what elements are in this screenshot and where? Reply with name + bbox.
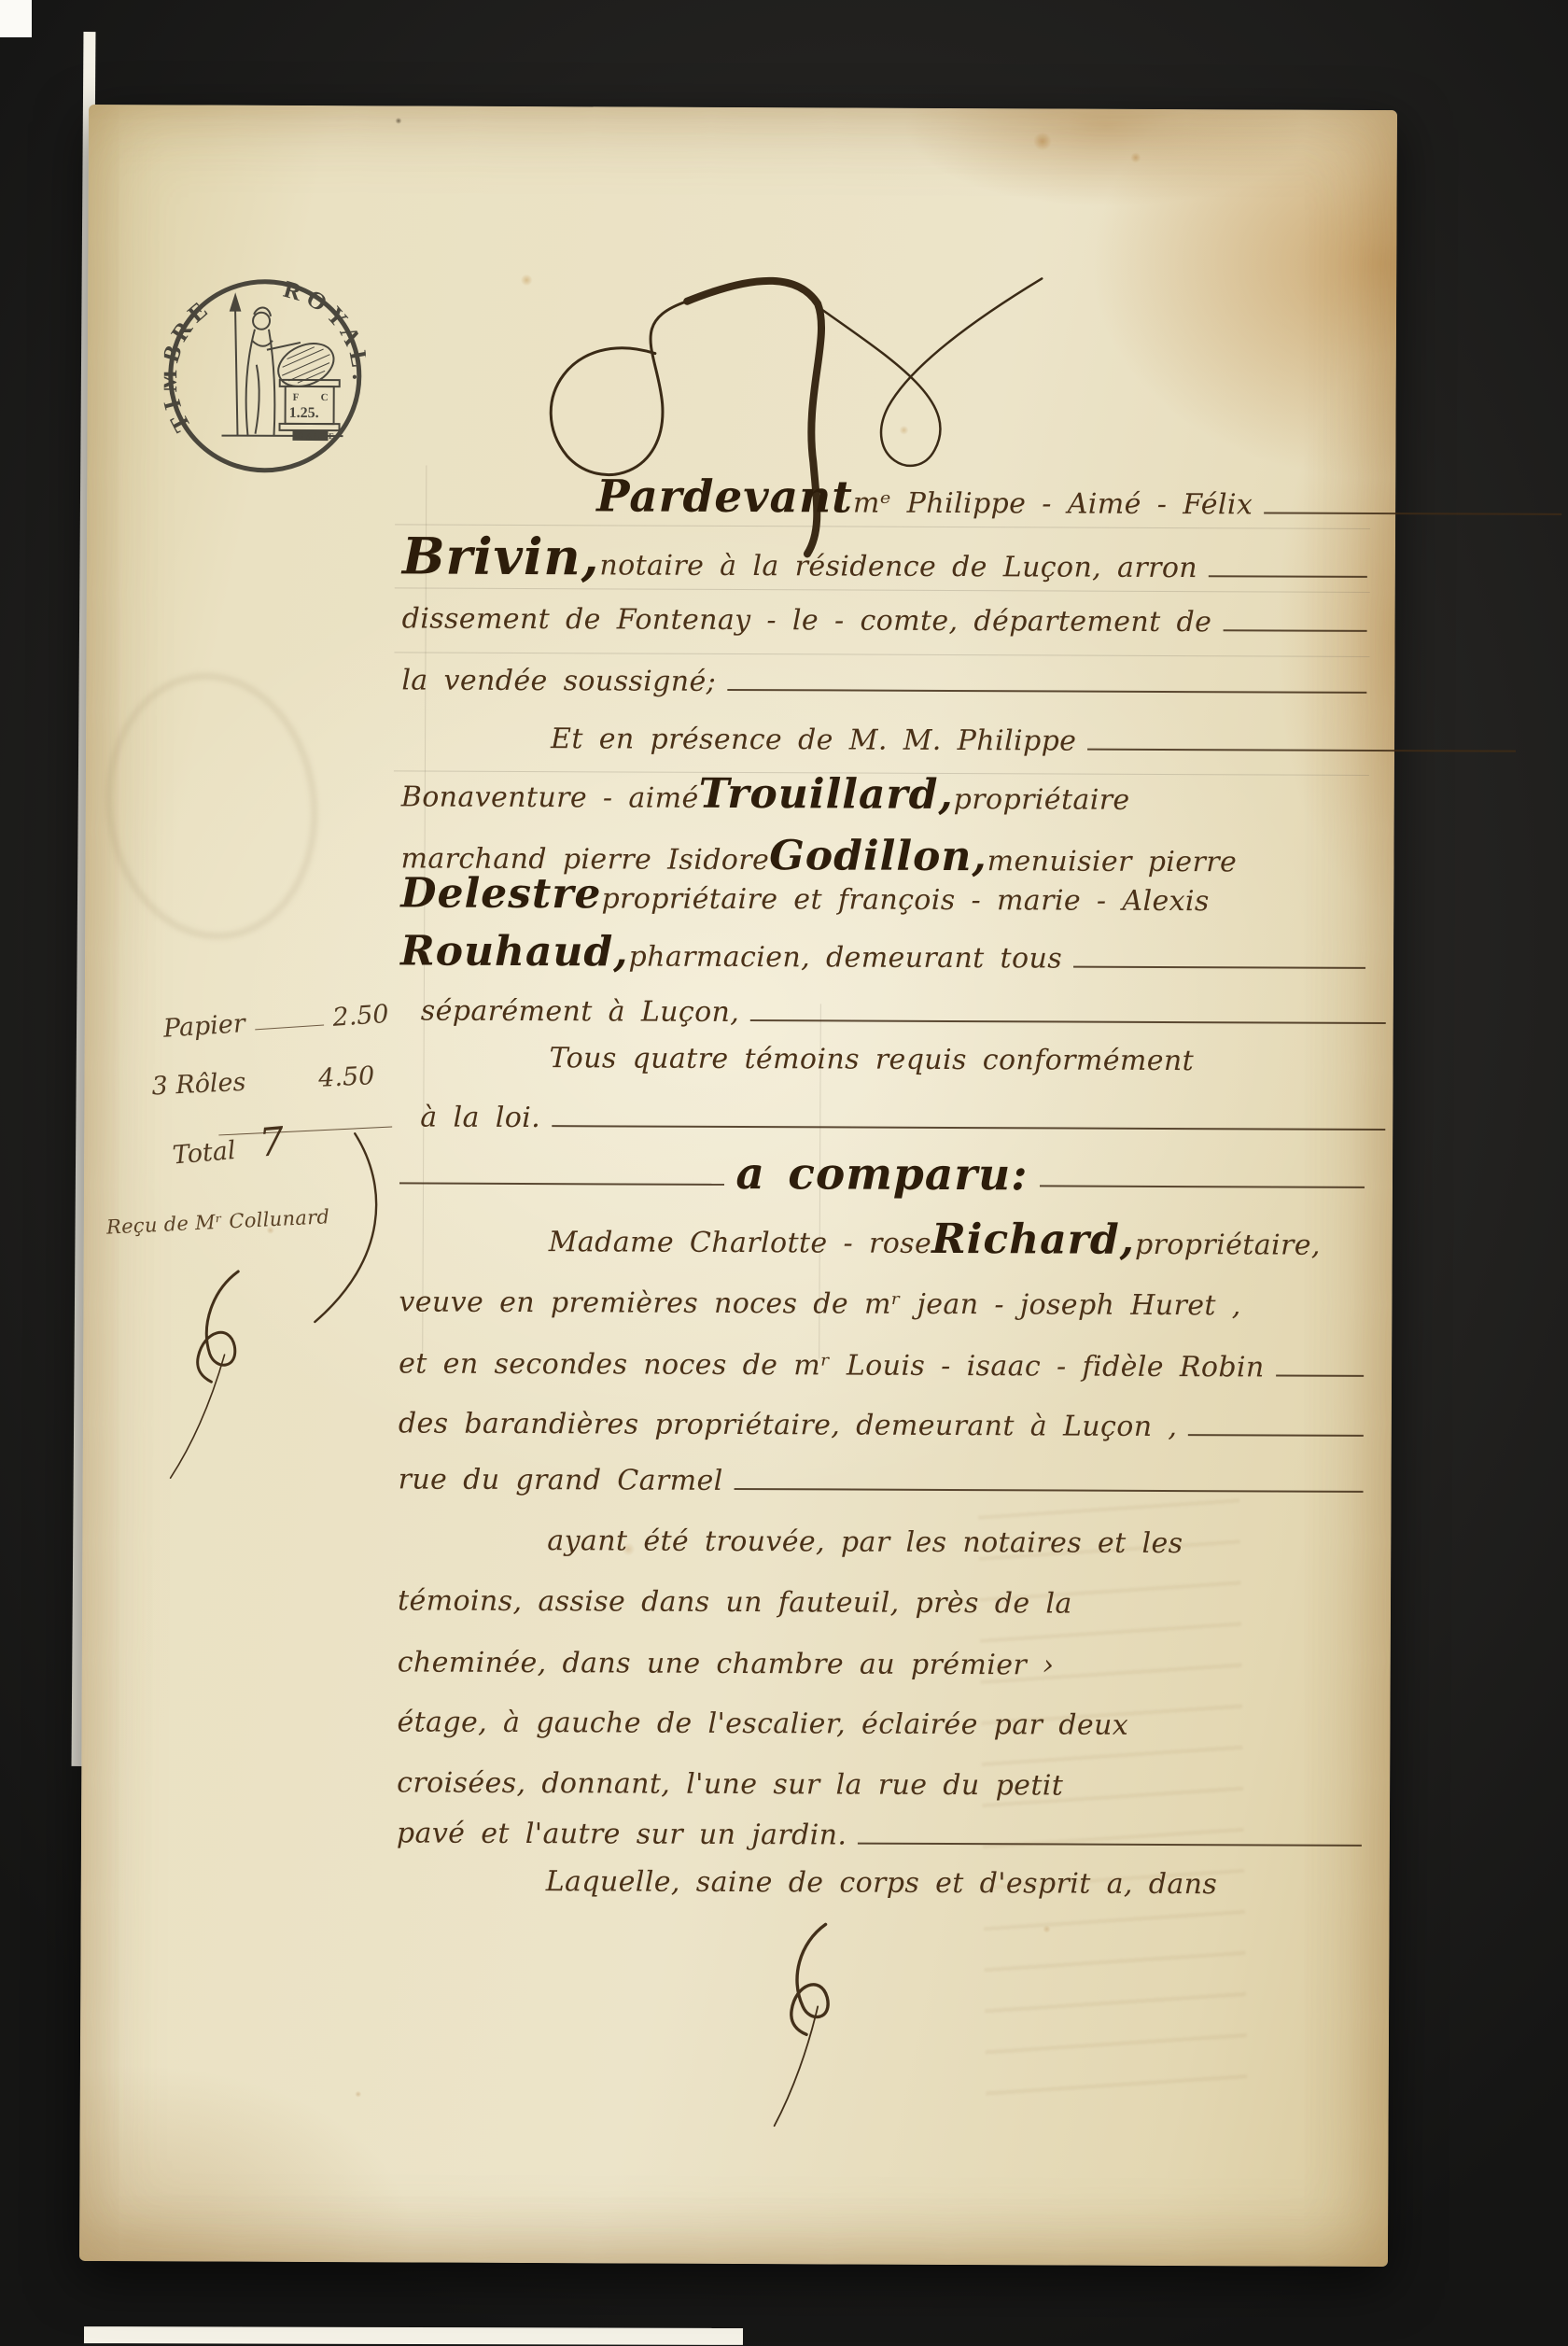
manuscript-line: rue du grand Carmel	[399, 1463, 1367, 1501]
line-text: Madame Charlotte - rose	[549, 1226, 932, 1261]
manuscript-line: Et en présence de M. M. Philippe	[401, 722, 1519, 760]
line-text: croisées, donnant, l'une sur la rue du p…	[397, 1766, 1063, 1803]
line-filler-rule	[1264, 512, 1561, 514]
manuscript-line: la vendée soussigné;	[401, 664, 1370, 702]
line-text: menuisier pierre	[987, 845, 1238, 879]
manuscript-line: ayant été trouvée, par les notaires et l…	[398, 1524, 1516, 1562]
manuscript-line: Bonaventure - aimé Trouillard, propriéta…	[401, 774, 1370, 819]
manuscript-line: Tous quatre témoins requis conformément	[400, 1041, 1519, 1079]
name-trouillard: Trouillard,	[699, 776, 954, 814]
pencil-guide-line	[395, 587, 1370, 593]
line-filler-rule	[1040, 1186, 1365, 1189]
name-brivin: Brivin,	[402, 533, 600, 580]
fee-dash	[256, 1085, 310, 1089]
fee-line-roles: 3 Rôles 4.50	[151, 1061, 375, 1101]
stamp-text-left: TIMBRE	[163, 293, 217, 437]
manuscript-line: Laquelle, saine de corps et d'esprit a, …	[397, 1864, 1515, 1903]
line-filler-rule	[1073, 966, 1365, 969]
line-text: cheminée, dans une chambre au prémier ›	[398, 1646, 1055, 1682]
line-text: pavé et l'autre sur un jardin.	[397, 1817, 847, 1852]
embossed-stamp-ghost	[91, 661, 332, 951]
stamp-text-right: ROYAL.	[280, 275, 366, 386]
manuscript-line: étage, à gauche de l'escalier, éclairée …	[397, 1706, 1365, 1744]
line-text: pharmacien, demeurant tous	[628, 940, 1062, 976]
manuscript-line: cheminée, dans une chambre au prémier ›	[398, 1646, 1366, 1684]
fee-line-total: Total 7	[170, 1118, 286, 1173]
line-text: Tous quatre témoins requis conformément	[550, 1042, 1195, 1078]
fee-label: Total	[172, 1136, 237, 1171]
line-text: Et en présence de M. M. Philippe	[551, 723, 1076, 758]
fee-label: Papier	[162, 1009, 246, 1044]
fee-total-amount: 7	[233, 1118, 287, 1168]
manuscript-line: des barandières propriétaire, demeurant …	[399, 1407, 1367, 1445]
heading-text: a comparu:	[735, 1155, 1028, 1196]
name-delestre: Delestre	[400, 875, 601, 913]
line-filler-rule	[1087, 749, 1516, 752]
manuscript-line: témoins, assise dans un fauteuil, près d…	[398, 1584, 1366, 1623]
line-text: propriétaire	[954, 783, 1130, 818]
line-filler-rule	[552, 1125, 1385, 1131]
line-text: mᵉ Philippe - Aimé - Félix	[853, 487, 1253, 523]
manuscript-line: à la loi.	[399, 1101, 1389, 1139]
manuscript-line: pavé et l'autre sur un jardin.	[397, 1817, 1365, 1855]
fee-amount: 2.50	[331, 1000, 389, 1033]
line-text: séparément à Luçon,	[421, 995, 740, 1030]
line-filler-rule	[1276, 1375, 1364, 1377]
line-text: Laquelle, saine de corps et d'esprit a, …	[546, 1865, 1218, 1902]
stamp-currency-f: F	[293, 392, 300, 403]
word-pardevant: Pardevant	[596, 477, 853, 517]
line-text: et en secondes noces de mʳ Louis - isaac…	[399, 1347, 1265, 1384]
stamp-currency-c: C	[321, 392, 329, 403]
manuscript-line: Brivin, notaire à la résidence de Luçon,…	[402, 533, 1371, 586]
margin-fee-notes: Papier 2.50 3 Rôles 4.50 Total 7	[128, 1006, 427, 1007]
stamp-pedestal: F C 1.25. GALLE	[279, 380, 339, 441]
line-filler-rule	[1223, 629, 1366, 632]
heading-a-comparu: a comparu:	[399, 1153, 1368, 1197]
stamp-engraver: GALLE	[297, 431, 336, 441]
line-filler-rule	[399, 1183, 724, 1187]
name-godillon: Godillon,	[769, 837, 987, 876]
manuscript-line: Pardevant mᵉ Philippe - Aimé - Félix	[402, 476, 1565, 523]
line-text: la vendée soussigné;	[401, 664, 716, 698]
manuscript-line: Rouhaud, pharmacien, demeurant tous	[400, 933, 1369, 977]
photographed-notarial-document: { "stamp": { "arc_left": "TIMBRE", "arc_…	[0, 0, 1568, 2346]
fee-dash	[255, 1024, 324, 1030]
line-filler-rule	[735, 1488, 1364, 1493]
line-filler-rule	[727, 689, 1366, 694]
line-text: témoins, assise dans un fauteuil, près d…	[398, 1584, 1072, 1621]
margin-paraph	[157, 1257, 275, 1488]
timbre-royal-stamp: TIMBRE ROYAL.	[163, 274, 366, 477]
fee-line-papier: Papier 2.50	[162, 1000, 389, 1044]
line-text: propriétaire et françois - marie - Alexi…	[601, 882, 1209, 919]
line-filler-rule	[858, 1843, 1362, 1847]
manuscript-line: veuve en premières noces de mʳ jean - jo…	[399, 1285, 1367, 1324]
manuscript-line: et en secondes noces de mʳ Louis - isaac…	[399, 1347, 1367, 1385]
line-text: étage, à gauche de l'escalier, éclairée …	[397, 1706, 1128, 1742]
line-text: à la loi.	[420, 1102, 540, 1136]
manuscript-line: dissement de Fontenay - le - comte, dépa…	[402, 602, 1371, 640]
manuscript-page: TIMBRE ROYAL.	[79, 105, 1397, 2267]
scan-edge-bottom	[84, 2326, 743, 2345]
line-text: Bonaventure - aimé	[401, 780, 699, 815]
line-filler-rule	[1188, 1434, 1364, 1437]
manuscript-line: séparément à Luçon,	[400, 994, 1390, 1033]
scan-edge-corner	[0, 0, 32, 37]
line-text: ayant été trouvée, par les notaires et l…	[547, 1524, 1183, 1561]
line-text: rue du grand Carmel	[399, 1463, 723, 1498]
line-text: des barandières propriétaire, demeurant …	[399, 1407, 1178, 1444]
notary-paraph	[763, 1917, 867, 2131]
line-filler-rule	[750, 1019, 1386, 1024]
pencil-guide-line	[394, 652, 1369, 657]
line-text: veuve en premières noces de mʳ jean - jo…	[399, 1285, 1240, 1323]
fee-label: 3 Rôles	[151, 1068, 246, 1102]
line-text: propriétaire,	[1135, 1229, 1321, 1263]
line-filler-rule	[1209, 575, 1367, 578]
manuscript-line: Delestre propriétaire et françois - mari…	[400, 875, 1369, 920]
name-richard: Richard,	[931, 1221, 1135, 1259]
name-rouhaud: Rouhaud,	[400, 933, 629, 971]
line-text: notaire à la résidence de Luçon, arron	[599, 549, 1197, 585]
stamp-denomination: 1.25.	[289, 405, 319, 421]
manuscript-line: Madame Charlotte - rose Richard, proprié…	[399, 1218, 1518, 1263]
line-text: dissement de Fontenay - le - comte, dépa…	[402, 602, 1212, 639]
manuscript-line: croisées, donnant, l'une sur la rue du p…	[397, 1766, 1365, 1805]
fee-amount: 4.50	[317, 1061, 375, 1093]
